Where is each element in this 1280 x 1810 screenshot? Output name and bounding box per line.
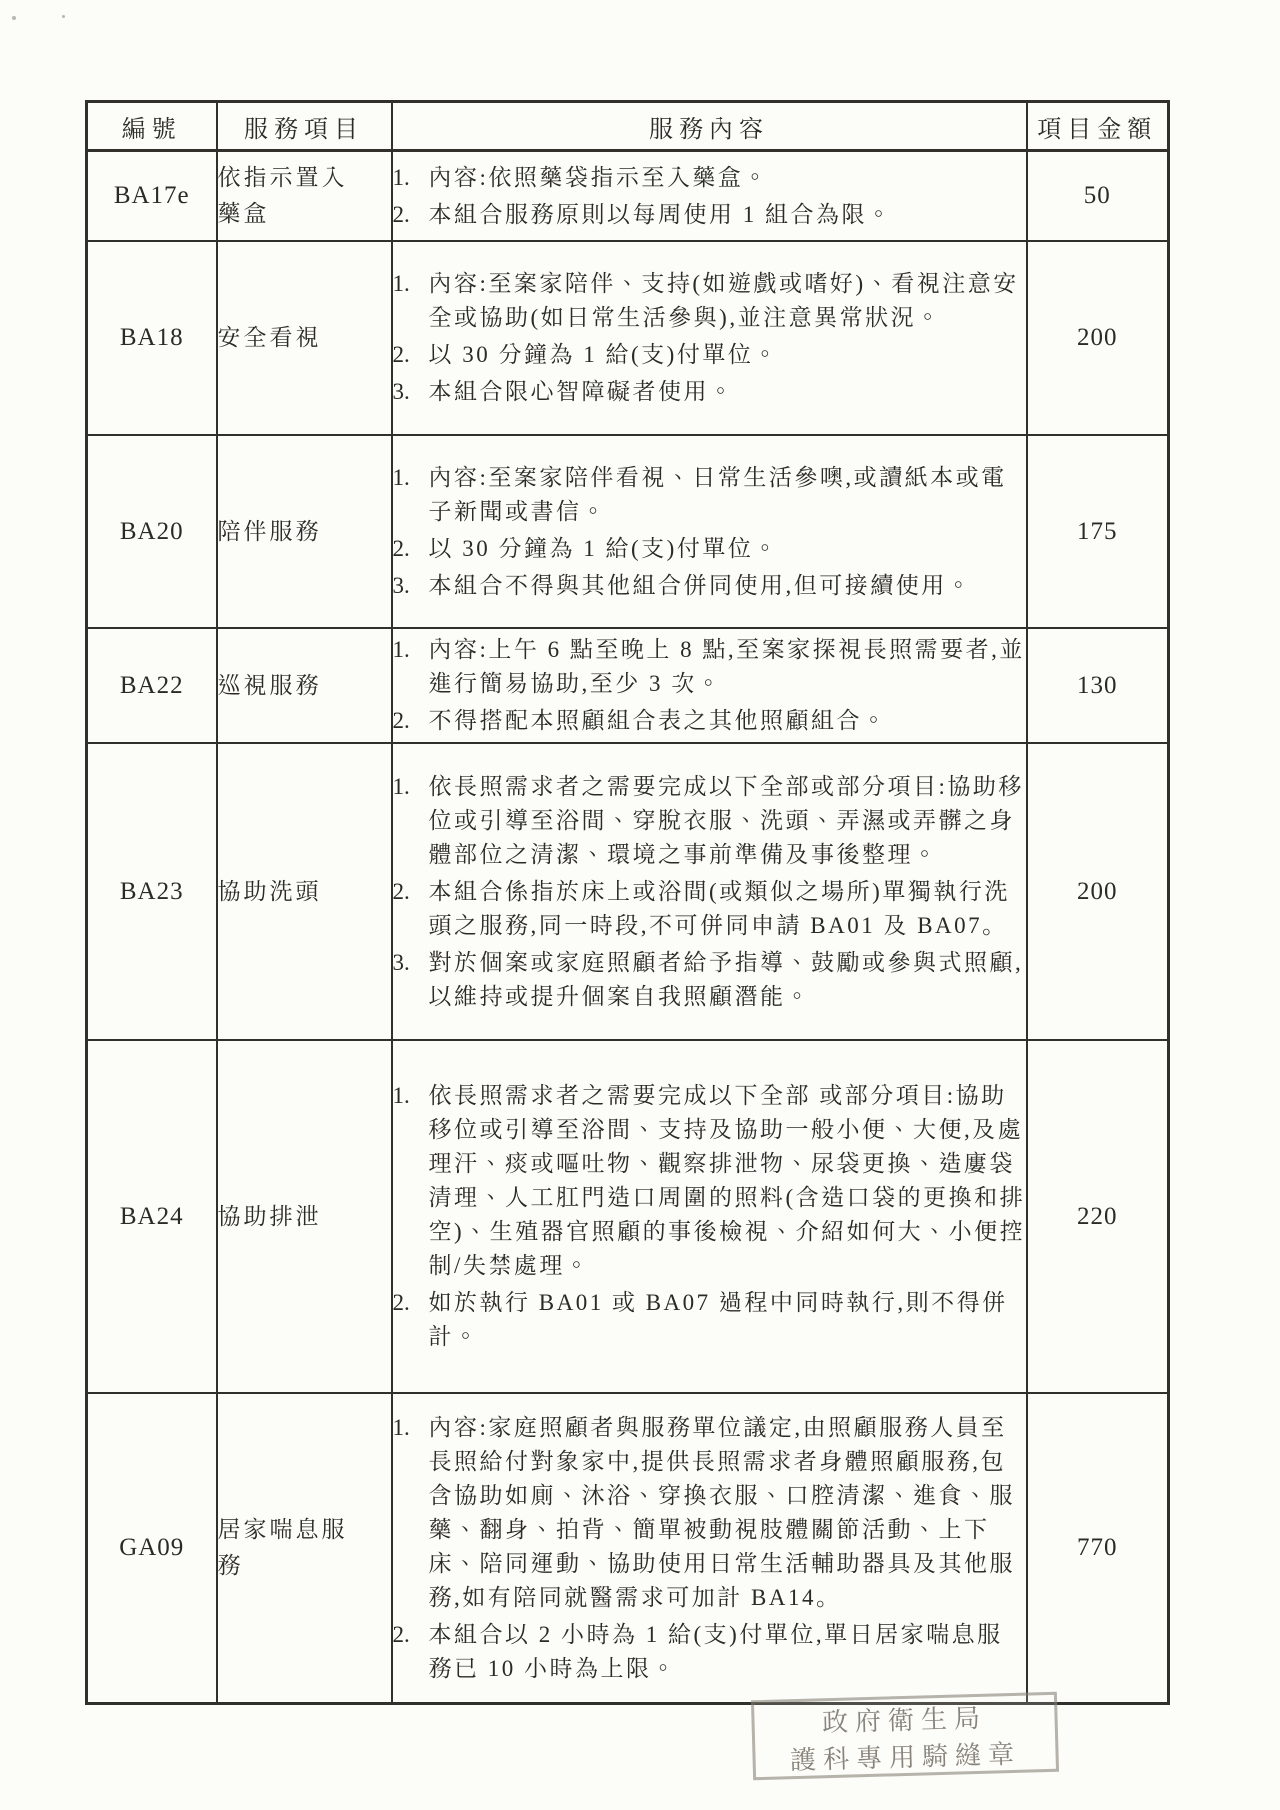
service-item-label: 居家喘息服務 <box>218 1512 350 1584</box>
header-service-content: 服務內容 <box>392 102 1027 151</box>
service-content-cell: 1.內容:依照藥袋指示至入藥盒。2.本組合服務原則以每周使用 1 組合為限。 <box>392 151 1027 242</box>
table-row-ba24: BA24 協助排泄 1.依長照需求者之需要完成以下全部 或部分項目:協助移位或引… <box>87 1040 1169 1393</box>
service-item-label: 協助洗頭 <box>218 874 322 910</box>
item-number: 3. <box>393 569 429 603</box>
item-text: 不得搭配本照顧組合表之其他照顧組合。 <box>429 704 1026 738</box>
item-number: 2. <box>393 1286 429 1320</box>
item-number: 1. <box>393 161 429 195</box>
content-item: 1.內容:至案家陪伴看視、日常生活參噢,或讀紙本或電子新聞或書信。 <box>393 461 1026 529</box>
code-cell: BA18 <box>87 241 217 435</box>
header-service-item: 服務項目 <box>217 102 392 151</box>
item-number: 2. <box>393 532 429 566</box>
item-text: 內容:至案家陪伴看視、日常生活參噢,或讀紙本或電子新聞或書信。 <box>429 461 1026 529</box>
item-number: 2. <box>393 704 429 738</box>
amount-cell: 130 <box>1027 628 1169 743</box>
service-content-cell: 1.內容:至案家陪伴看視、日常生活參噢,或讀紙本或電子新聞或書信。2.以 30 … <box>392 435 1027 628</box>
scanned-document-page: 編號 服務項目 服務內容 項目金額 BA17e 依指示置入藥盒 1.內容:依照藥… <box>0 0 1280 1810</box>
item-number: 2. <box>393 875 429 909</box>
content-item: 3.本組合限心智障礙者使用。 <box>393 375 1026 409</box>
service-item-cell: 居家喘息服務 <box>217 1393 392 1704</box>
item-text: 本組合不得與其他組合併同使用,但可接續使用。 <box>429 569 1026 603</box>
item-text: 如於執行 BA01 或 BA07 過程中同時執行,則不得併計。 <box>429 1286 1026 1354</box>
service-items-table: 編號 服務項目 服務內容 項目金額 BA17e 依指示置入藥盒 1.內容:依照藥… <box>85 100 1170 1705</box>
content-item: 1.內容:家庭照顧者與服務單位議定,由照顧服務人員至長照給付對象家中,提供長照需… <box>393 1411 1026 1615</box>
item-text: 對於個案或家庭照顧者給予指導、鼓勵或參與式照顧,以維持或提升個案自我照顧潛能。 <box>429 946 1026 1014</box>
item-text: 以 30 分鐘為 1 給(支)付單位。 <box>429 338 1026 372</box>
item-text: 內容:至案家陪伴、支持(如遊戲或嗜好)、看視注意安全或協助(如日常生活參與),並… <box>429 267 1026 335</box>
content-item: 1.內容:上午 6 點至晚上 8 點,至案家探視長照需要者,並進行簡易協助,至少… <box>393 633 1026 701</box>
table-row-ba20: BA20 陪伴服務 1.內容:至案家陪伴看視、日常生活參噢,或讀紙本或電子新聞或… <box>87 435 1169 628</box>
content-item: 3.對於個案或家庭照顧者給予指導、鼓勵或參與式照顧,以維持或提升個案自我照顧潛能… <box>393 946 1026 1014</box>
service-content-cell: 1.依長照需求者之需要完成以下全部 或部分項目:協助移位或引導至浴間、支持及協助… <box>392 1040 1027 1393</box>
code-cell: BA24 <box>87 1040 217 1393</box>
item-text: 內容:依照藥袋指示至入藥盒。 <box>429 161 1026 195</box>
content-item: 2.本組合以 2 小時為 1 給(支)付單位,單日居家喘息服務已 10 小時為上… <box>393 1618 1026 1686</box>
content-item: 2.本組合係指於床上或浴間(或類似之場所)單獨執行洗頭之服務,同一時段,不可併同… <box>393 875 1026 943</box>
service-item-cell: 協助排泄 <box>217 1040 392 1393</box>
item-number: 1. <box>393 770 429 804</box>
item-text: 內容:家庭照顧者與服務單位議定,由照顧服務人員至長照給付對象家中,提供長照需求者… <box>429 1411 1026 1615</box>
service-item-cell: 依指示置入藥盒 <box>217 151 392 242</box>
code-cell: BA23 <box>87 743 217 1040</box>
content-item: 2.以 30 分鐘為 1 給(支)付單位。 <box>393 338 1026 372</box>
content-item: 2.本組合服務原則以每周使用 1 組合為限。 <box>393 198 1026 232</box>
amount-cell: 220 <box>1027 1040 1169 1393</box>
service-content-cell: 1.內容:至案家陪伴、支持(如遊戲或嗜好)、看視注意安全或協助(如日常生活參與)… <box>392 241 1027 435</box>
code-cell: BA20 <box>87 435 217 628</box>
item-number: 3. <box>393 946 429 980</box>
header-code: 編號 <box>87 102 217 151</box>
service-content-cell: 1.依長照需求者之需要完成以下全部或部分項目:協助移位或引導至浴間、穿脫衣服、洗… <box>392 743 1027 1040</box>
scan-noise-speck <box>12 16 16 20</box>
content-item: 1.依長照需求者之需要完成以下全部或部分項目:協助移位或引導至浴間、穿脫衣服、洗… <box>393 770 1026 872</box>
item-number: 1. <box>393 1411 429 1445</box>
item-number: 2. <box>393 1618 429 1652</box>
item-number: 2. <box>393 338 429 372</box>
code-cell: BA22 <box>87 628 217 743</box>
service-item-cell: 陪伴服務 <box>217 435 392 628</box>
amount-cell: 770 <box>1027 1393 1169 1704</box>
service-item-label: 依指示置入藥盒 <box>218 160 350 232</box>
amount-cell: 200 <box>1027 743 1169 1040</box>
item-number: 1. <box>393 633 429 667</box>
table-row-ga09: GA09 居家喘息服務 1.內容:家庭照顧者與服務單位議定,由照顧服務人員至長照… <box>87 1393 1169 1704</box>
service-item-label: 巡視服務 <box>218 668 322 704</box>
item-text: 本組合限心智障礙者使用。 <box>429 375 1026 409</box>
header-item-amount: 項目金額 <box>1027 102 1169 151</box>
code-cell: GA09 <box>87 1393 217 1704</box>
table-row-ba22: BA22 巡視服務 1.內容:上午 6 點至晚上 8 點,至案家探視長照需要者,… <box>87 628 1169 743</box>
item-number: 1. <box>393 267 429 301</box>
service-item-label: 協助排泄 <box>218 1199 322 1235</box>
service-item-cell: 巡視服務 <box>217 628 392 743</box>
item-text: 本組合服務原則以每周使用 1 組合為限。 <box>429 198 1026 232</box>
item-number: 1. <box>393 461 429 495</box>
scan-noise-speck <box>62 15 65 18</box>
item-number: 1. <box>393 1079 429 1113</box>
service-content-cell: 1.內容:家庭照顧者與服務單位議定,由照顧服務人員至長照給付對象家中,提供長照需… <box>392 1393 1027 1704</box>
content-item: 2.以 30 分鐘為 1 給(支)付單位。 <box>393 532 1026 566</box>
item-number: 3. <box>393 375 429 409</box>
item-text: 依長照需求者之需要完成以下全部或部分項目:協助移位或引導至浴間、穿脫衣服、洗頭、… <box>429 770 1026 872</box>
service-item-cell: 協助洗頭 <box>217 743 392 1040</box>
service-item-cell: 安全看視 <box>217 241 392 435</box>
content-item: 3.本組合不得與其他組合併同使用,但可接續使用。 <box>393 569 1026 603</box>
table-row-ba23: BA23 協助洗頭 1.依長照需求者之需要完成以下全部或部分項目:協助移位或引導… <box>87 743 1169 1040</box>
service-content-cell: 1.內容:上午 6 點至晚上 8 點,至案家探視長照需要者,並進行簡易協助,至少… <box>392 628 1027 743</box>
item-text: 本組合以 2 小時為 1 給(支)付單位,單日居家喘息服務已 10 小時為上限。 <box>429 1618 1026 1686</box>
item-text: 內容:上午 6 點至晚上 8 點,至案家探視長照需要者,並進行簡易協助,至少 3… <box>429 633 1026 701</box>
content-item: 2.不得搭配本照顧組合表之其他照顧組合。 <box>393 704 1026 738</box>
table-row-ba17e: BA17e 依指示置入藥盒 1.內容:依照藥袋指示至入藥盒。2.本組合服務原則以… <box>87 151 1169 242</box>
table-row-ba18: BA18 安全看視 1.內容:至案家陪伴、支持(如遊戲或嗜好)、看視注意安全或協… <box>87 241 1169 435</box>
content-item: 2.如於執行 BA01 或 BA07 過程中同時執行,則不得併計。 <box>393 1286 1026 1354</box>
content-item: 1.內容:至案家陪伴、支持(如遊戲或嗜好)、看視注意安全或協助(如日常生活參與)… <box>393 267 1026 335</box>
item-text: 依長照需求者之需要完成以下全部 或部分項目:協助移位或引導至浴間、支持及協助一般… <box>429 1079 1026 1283</box>
item-number: 2. <box>393 198 429 232</box>
amount-cell: 50 <box>1027 151 1169 242</box>
official-seam-stamp: 政府衛生局 護科專用騎縫章 <box>751 1692 1059 1781</box>
item-text: 本組合係指於床上或浴間(或類似之場所)單獨執行洗頭之服務,同一時段,不可併同申請… <box>429 875 1026 943</box>
code-cell: BA17e <box>87 151 217 242</box>
content-item: 1.依長照需求者之需要完成以下全部 或部分項目:協助移位或引導至浴間、支持及協助… <box>393 1079 1026 1283</box>
content-item: 1.內容:依照藥袋指示至入藥盒。 <box>393 161 1026 195</box>
table-header-row: 編號 服務項目 服務內容 項目金額 <box>87 102 1169 151</box>
amount-cell: 200 <box>1027 241 1169 435</box>
amount-cell: 175 <box>1027 435 1169 628</box>
service-item-label: 陪伴服務 <box>218 514 322 550</box>
stamp-line-2: 護科專用騎縫章 <box>755 1735 1056 1780</box>
item-text: 以 30 分鐘為 1 給(支)付單位。 <box>429 532 1026 566</box>
service-item-label: 安全看視 <box>218 320 322 356</box>
